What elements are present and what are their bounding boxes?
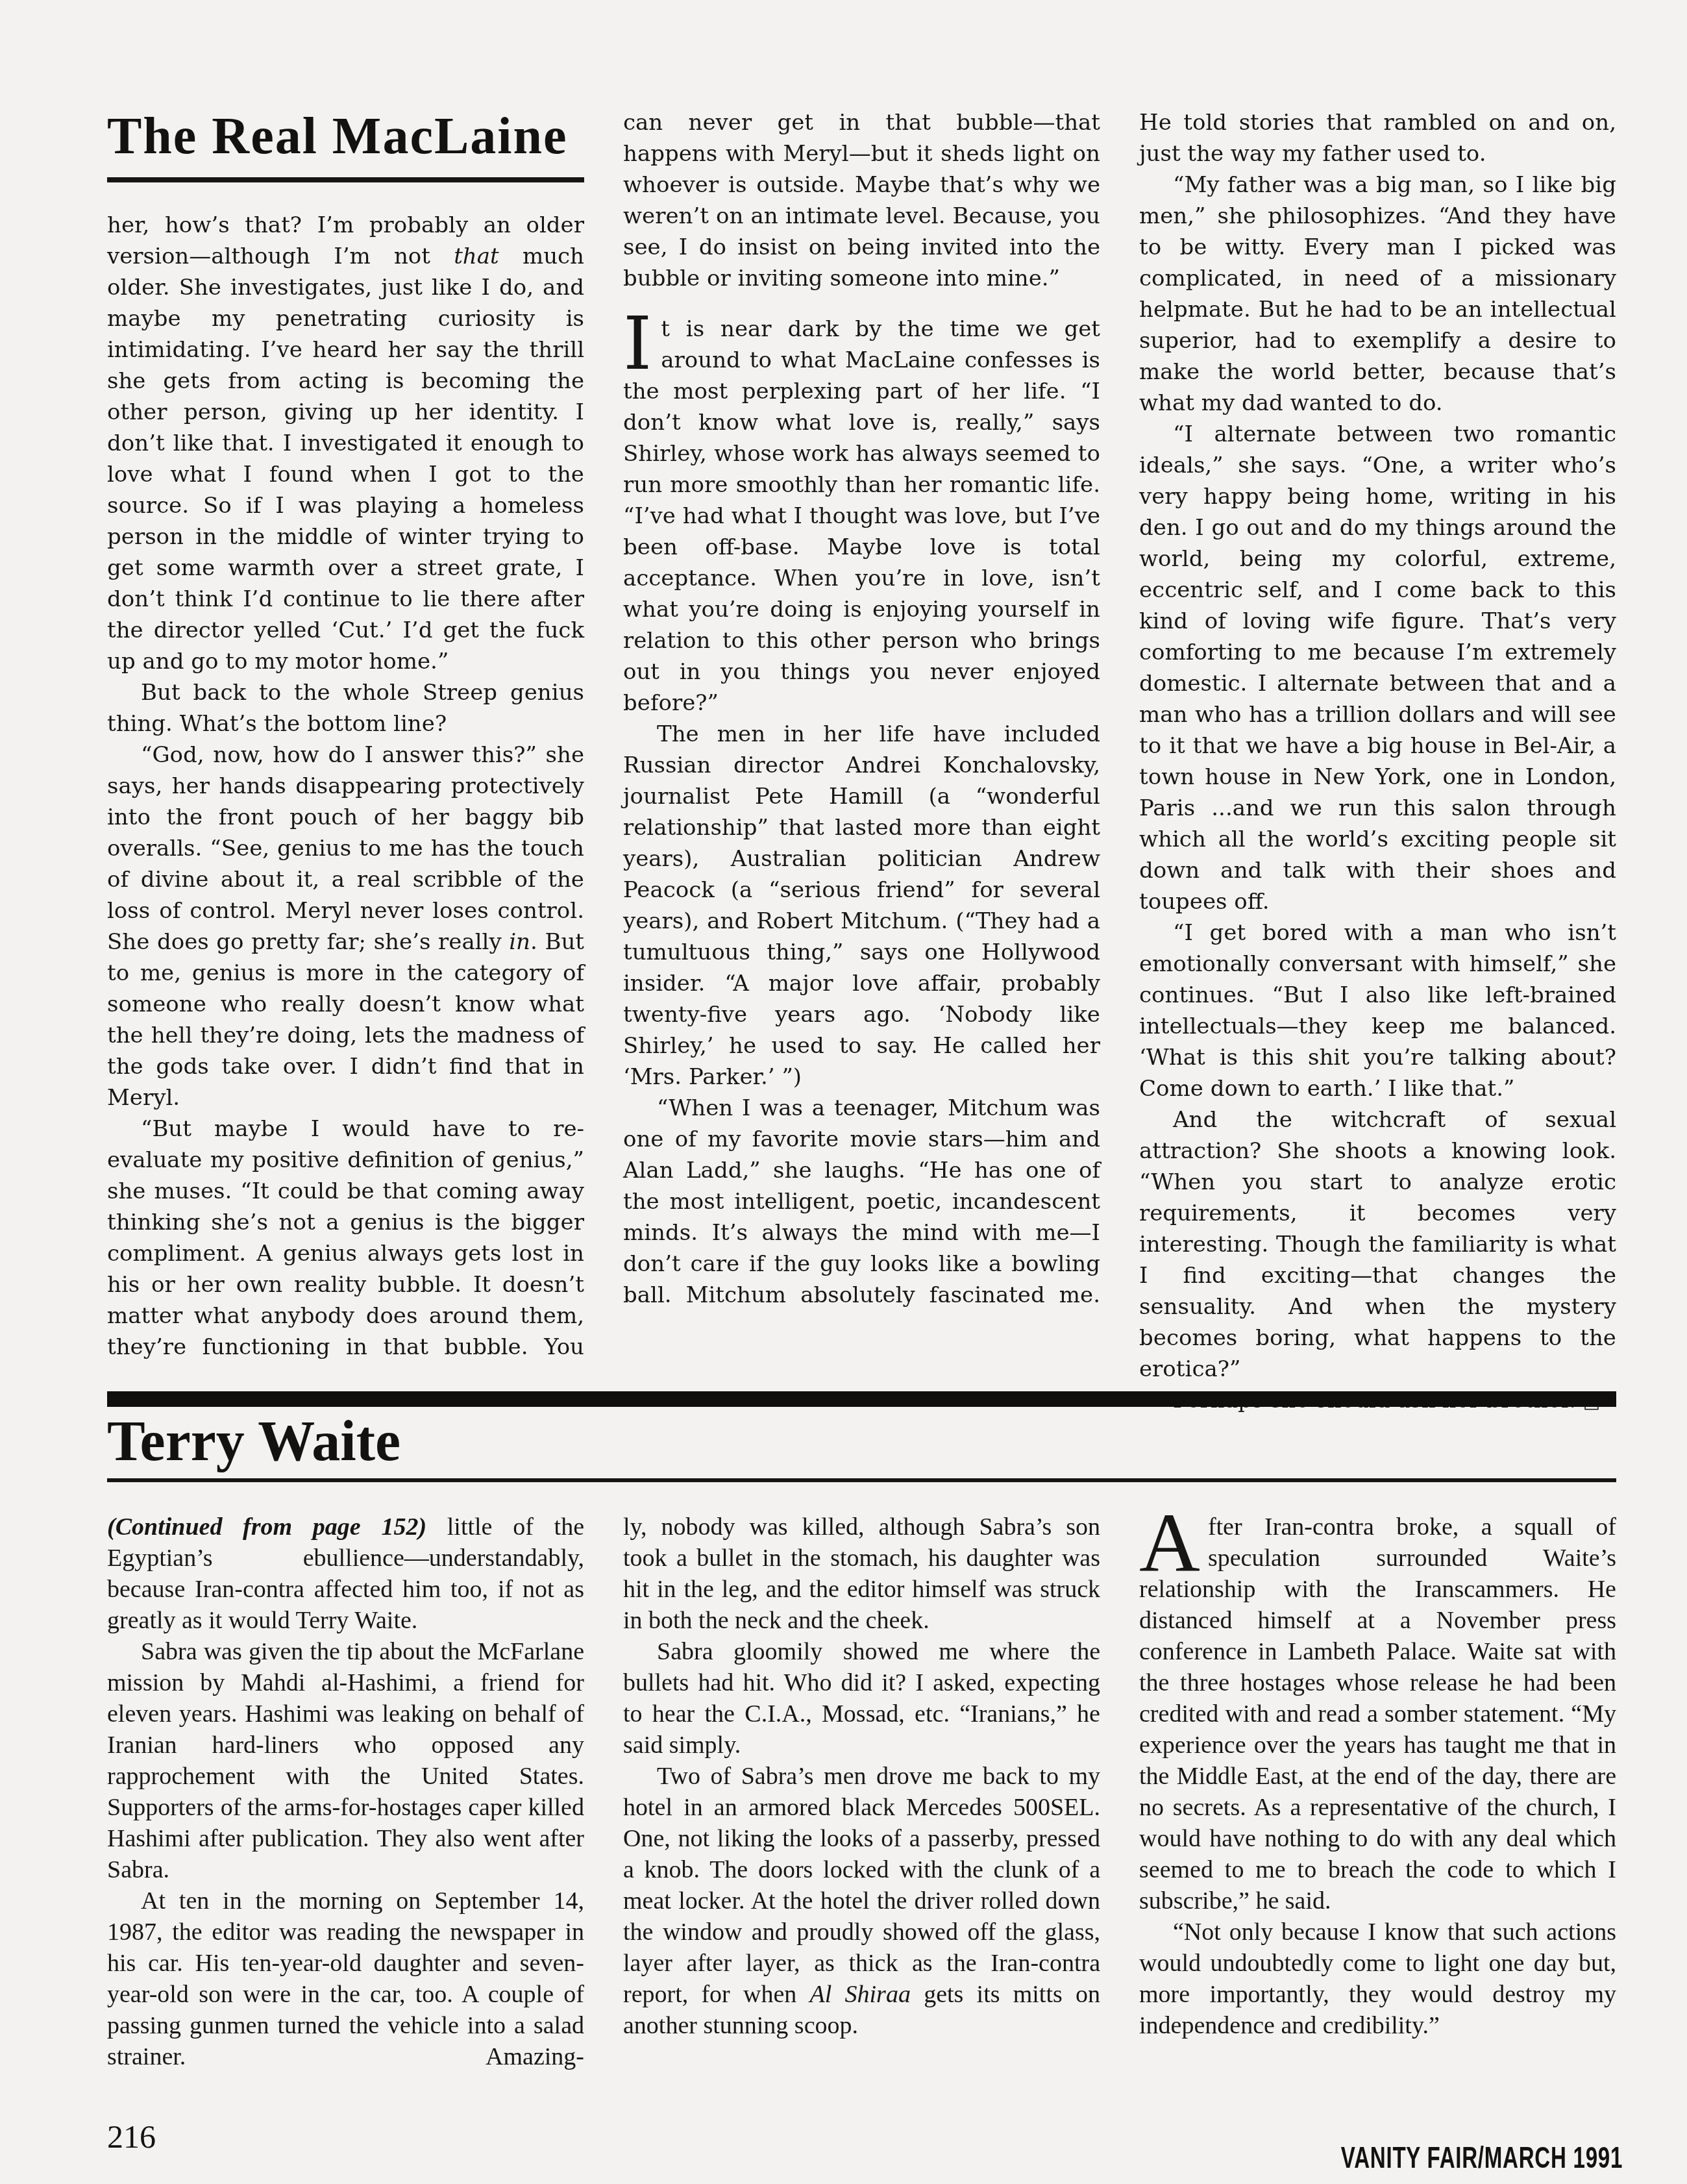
waite-column-2: ly, nobody was killed, although Sabra’s …	[623, 1511, 1100, 2072]
paragraph: The men in her life have included Russia…	[623, 719, 1100, 1093]
paragraph: can never get in that bubble—that happen…	[623, 107, 1100, 294]
text-segment: in	[509, 929, 530, 955]
paragraph: “When I was a teenager, Mitchum was one …	[623, 1093, 1100, 1311]
paragraph: “Not only because I know that such actio…	[1139, 1917, 1616, 2041]
text-segment: t is near dark by the time we get around…	[623, 316, 1100, 716]
text-segment: “God, now, how do I answer this?” she sa…	[107, 742, 584, 955]
paragraph: ly, nobody was killed, although Sabra’s …	[623, 1511, 1100, 1636]
column-text: her, how’s that? I’m probably an older v…	[107, 210, 584, 1363]
article-maclaine: The Real MacLaine her, how’s that? I’m p…	[107, 107, 1616, 1417]
article-title-maclaine: The Real MacLaine	[107, 107, 584, 163]
title-underline-rule	[107, 1478, 1616, 1482]
text-segment: “I alternate between two romantic ideals…	[1139, 421, 1616, 915]
paragraph: But back to the whole Streep genius thin…	[107, 677, 584, 739]
text-segment: ly, nobody was killed, although Sabra’s …	[623, 1513, 1100, 1634]
magazine-page: The Real MacLaine her, how’s that? I’m p…	[0, 0, 1687, 2184]
drop-cap: I	[623, 314, 661, 373]
section-divider-bar	[107, 1391, 1616, 1407]
text-segment: “When I was a teenager, Mitchum was one …	[623, 1095, 1100, 1308]
text-segment: Two of Sabra’s men drove me back to my h…	[623, 1763, 1100, 2008]
text-segment: Sabra gloomily showed me where the bulle…	[623, 1638, 1100, 1759]
drop-cap: A	[1139, 1511, 1208, 1574]
paragraph: Sabra was given the tip about the McFarl…	[107, 1636, 584, 1885]
text-segment: “I get bored with a man who isn’t emotio…	[1139, 920, 1616, 1102]
paragraph: He told stories that rambled on and on, …	[1139, 107, 1616, 169]
waite-column-3: After Iran-contra broke, a squall of spe…	[1139, 1511, 1616, 2072]
paragraph: “God, now, how do I answer this?” she sa…	[107, 739, 584, 1113]
paragraph: (Continued from page 152) little of the …	[107, 1511, 584, 1636]
waite-column-1: (Continued from page 152) little of the …	[107, 1511, 584, 2072]
maclaine-column-1: The Real MacLaine her, how’s that? I’m p…	[107, 107, 584, 1417]
paragraph: “But maybe I would have to re-evaluate m…	[107, 1113, 584, 1363]
text-segment: The men in her life have included Russia…	[623, 721, 1100, 1090]
footer-credit: VANITY FAIR/MARCH 1991	[1341, 2142, 1623, 2172]
text-segment: can never get in that bubble—that happen…	[623, 110, 1100, 292]
title-underline-rule	[107, 177, 584, 182]
text-segment: Sabra was given the tip about the McFarl…	[107, 1638, 584, 1883]
paragraph: Sabra gloomily showed me where the bulle…	[623, 1636, 1100, 1761]
text-segment: that	[454, 243, 499, 269]
text-segment: He told stories that rambled on and on, …	[1139, 110, 1616, 167]
text-segment: “But maybe I would have to re-evaluate m…	[107, 1116, 584, 1360]
paragraph: “My father was a big man, so I like big …	[1139, 169, 1616, 419]
text-segment: But back to the whole Streep genius thin…	[107, 680, 584, 737]
text-segment: fter Iran-contra broke, a squall of spec…	[1139, 1513, 1616, 1915]
paragraph: And the witchcraft of sexual attraction?…	[1139, 1104, 1616, 1385]
text-segment: (Continued from page 152)	[107, 1513, 447, 1541]
paragraph: It is near dark by the time we get aroun…	[623, 314, 1100, 719]
paragraph: “I alternate between two romantic ideals…	[1139, 419, 1616, 917]
maclaine-column-2: can never get in that bubble—that happen…	[623, 107, 1100, 1417]
maclaine-column-3: He told stories that rambled on and on, …	[1139, 107, 1616, 1417]
paragraph: At ten in the morning on September 14, 1…	[107, 1885, 584, 2072]
article-waite: Terry Waite (Continued from page 152) li…	[107, 1391, 1616, 2072]
article-title-waite: Terry Waite	[107, 1412, 1616, 1472]
text-segment: At ten in the morning on September 14, 1…	[107, 1887, 584, 2070]
page-number: 216	[107, 2120, 156, 2153]
paragraph: “I get bored with a man who isn’t emotio…	[1139, 917, 1616, 1104]
text-segment: “My father was a big man, so I like big …	[1139, 172, 1616, 416]
text-segment: . But to me, genius is more in the categ…	[107, 929, 584, 1111]
text-segment: And the witchcraft of sexual attraction?…	[1139, 1107, 1616, 1382]
text-segment: much older. She investigates, just like …	[107, 243, 584, 675]
text-segment: Al Shiraa	[810, 1981, 911, 2008]
text-segment: “Not only because I know that such actio…	[1139, 1918, 1616, 2039]
paragraph: Two of Sabra’s men drove me back to my h…	[623, 1761, 1100, 2041]
paragraph: her, how’s that? I’m probably an older v…	[107, 210, 584, 677]
paragraph: After Iran-contra broke, a squall of spe…	[1139, 1511, 1616, 1917]
